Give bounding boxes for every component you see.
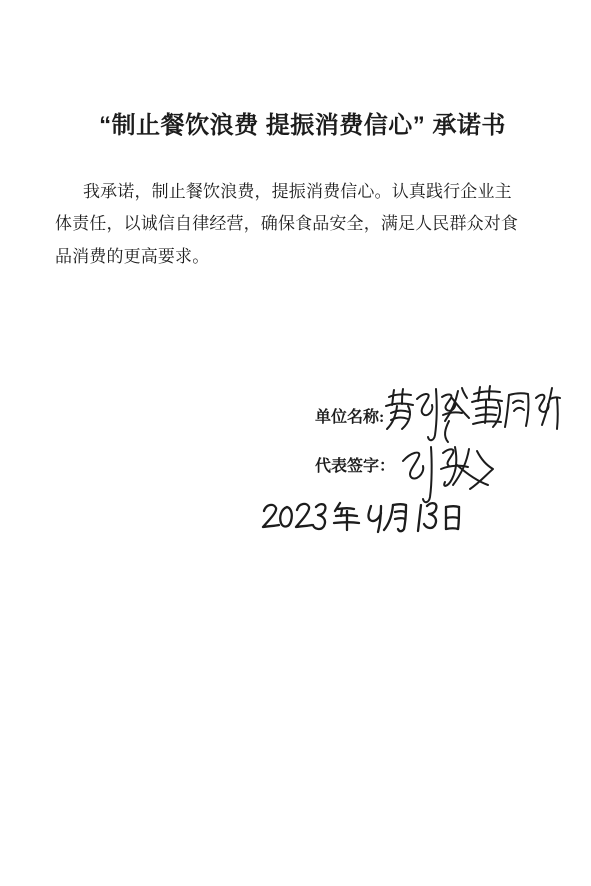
commitment-letter-page: “制止餐饮浪费 提振消费信心” 承诺书 我承诺，制止餐饮浪费，提振消费信心。认真… — [0, 0, 591, 886]
body-line-2: 体责任，以诚信自律经营，确保食品安全，满足人民群众对食 — [55, 208, 527, 240]
document-title: “制止餐饮浪费 提振消费信心” 承诺书 — [7, 110, 591, 142]
body-paragraph: 我承诺，制止餐饮浪费，提振消费信心。认真践行企业主 体责任，以诚信自律经营，确保… — [55, 176, 527, 273]
company-name-label: 单位名称: — [315, 407, 384, 429]
body-line-1: 我承诺，制止餐饮浪费，提振消费信心。认真践行企业主 — [55, 176, 527, 208]
representative-signature-label: 代表签字： — [315, 456, 395, 478]
date-handwriting — [258, 496, 463, 538]
body-line-3: 品消费的更高要求。 — [55, 241, 527, 273]
